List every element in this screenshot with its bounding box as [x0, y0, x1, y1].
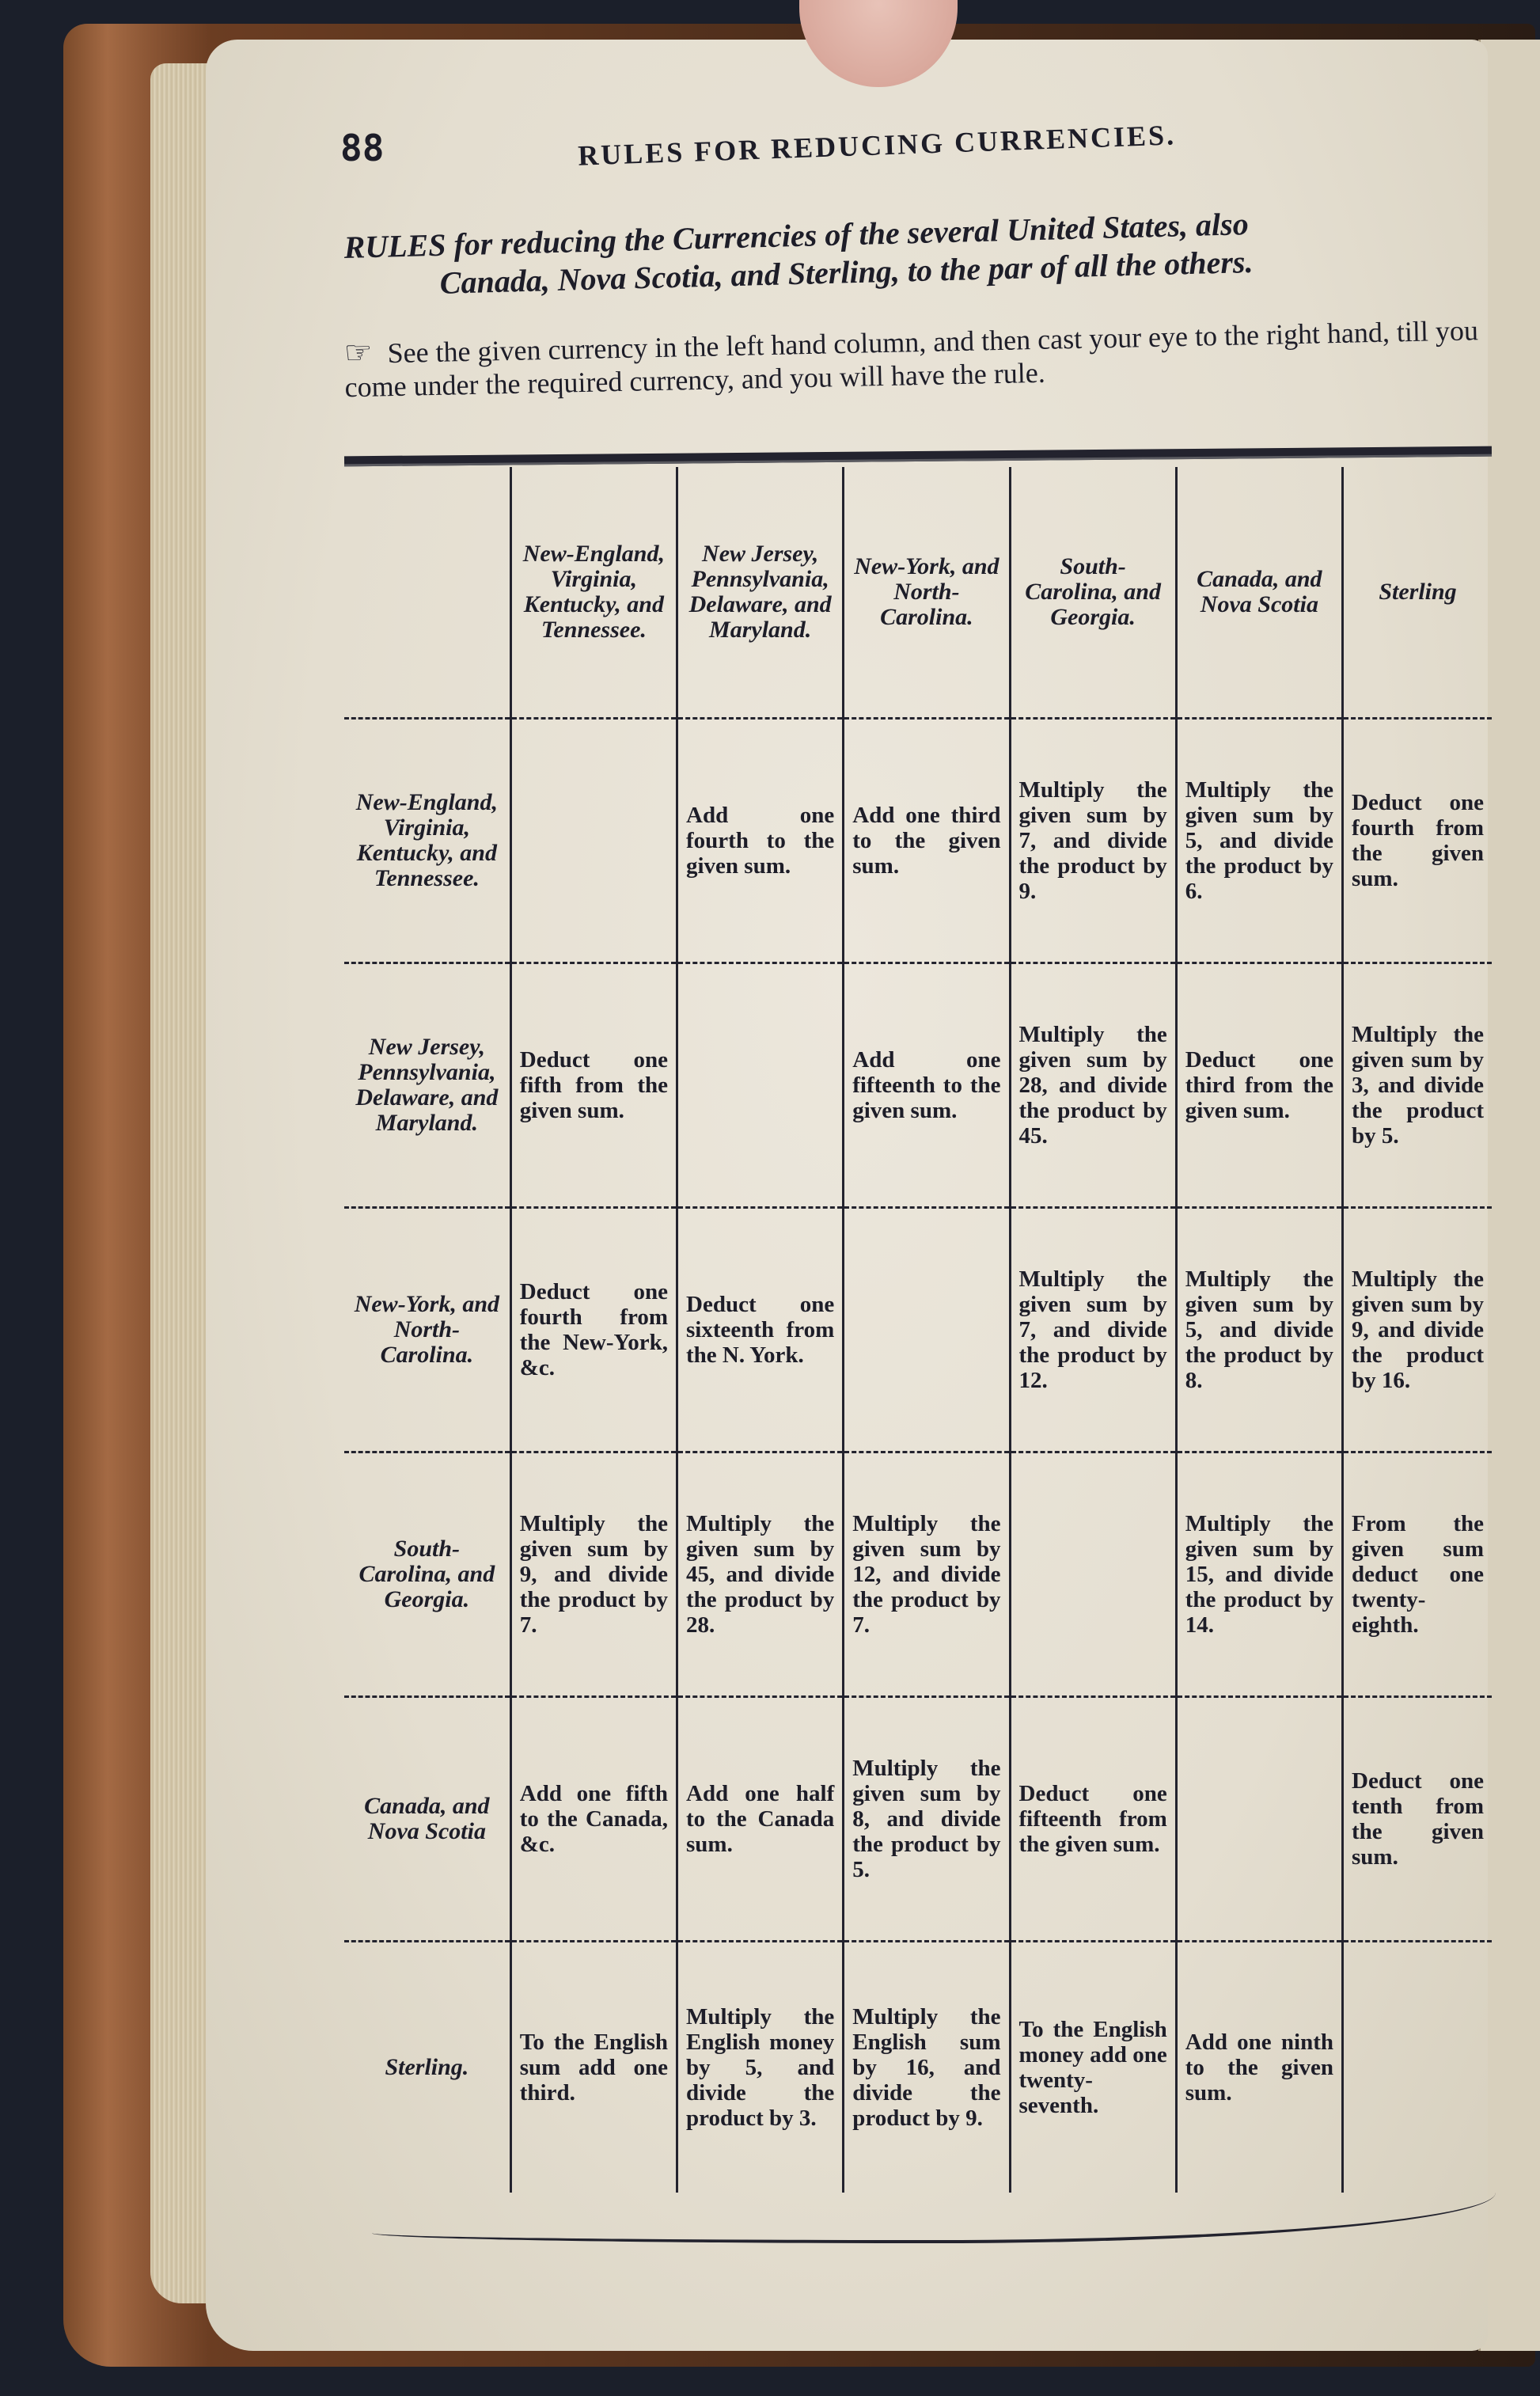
table-cell: [1176, 1697, 1342, 1942]
heavy-rule-divider: [344, 446, 1492, 467]
column-header-blank: [344, 467, 510, 719]
table-cell: Multiply the given sum by 5, and divide …: [1176, 1208, 1342, 1452]
table-cell: Deduct one fifteenth from the given sum.: [1010, 1697, 1176, 1942]
table-cell: Deduct one sixteenth from the N. York.: [677, 1208, 844, 1452]
table-cell: Deduct one fifth from the given sum.: [510, 963, 677, 1208]
row-header: Sterling.: [344, 1942, 510, 2193]
table-cell: Add one fourth to the given sum.: [677, 719, 844, 963]
table-cell: [510, 719, 677, 963]
instruction-text: See the given currency in the left hand …: [344, 314, 1478, 403]
column-header: New-England, Virginia, Kentucky, and Ten…: [510, 467, 677, 719]
column-header: Sterling: [1343, 467, 1493, 719]
row-header: Canada, and Nova Scotia: [344, 1697, 510, 1942]
row-header: New-York, and North-Carolina.: [344, 1208, 510, 1452]
table-cell: To the English sum add one third.: [510, 1942, 677, 2193]
row-header: South-Carolina, and Georgia.: [344, 1452, 510, 1697]
table-cell: [677, 963, 844, 1208]
table-cell: Multiply the given sum by 7, and divide …: [1010, 1208, 1176, 1452]
table-cell: Multiply the given sum by 3, and divide …: [1343, 963, 1493, 1208]
table-cell: Add one fifteenth to the given sum.: [844, 963, 1010, 1208]
table-cell: To the English money add one twenty-seve…: [1010, 1942, 1176, 2193]
pointing-hand-icon: ☞: [343, 336, 373, 370]
table-cell: Multiply the given sum by 28, and divide…: [1010, 963, 1176, 1208]
table-cell: [844, 1208, 1010, 1452]
table-row: Sterling. To the English sum add one thi…: [344, 1942, 1492, 2193]
table-cell: Deduct one tenth from the given sum.: [1343, 1697, 1493, 1942]
table-cell: Deduct one fourth from the New-York, &c.: [510, 1208, 677, 1452]
table-row: New-England, Virginia, Kentucky, and Ten…: [344, 719, 1492, 963]
table-bottom-rule: [372, 2193, 1496, 2243]
table-cell: Add one half to the Canada sum.: [677, 1697, 844, 1942]
table-cell: Add one third to the given sum.: [844, 719, 1010, 963]
column-header: South-Carolina, and Georgia.: [1010, 467, 1176, 719]
table-cell: Multiply the given sum by 5, and divide …: [1176, 719, 1342, 963]
table-cell: Multiply the given sum by 7, and divide …: [1010, 719, 1176, 963]
table-cell: [1010, 1452, 1176, 1697]
table-cell: Multiply the given sum by 45, and divide…: [677, 1452, 844, 1697]
row-header: New Jersey, Pennsylvania, Delaware, and …: [344, 963, 510, 1208]
table-cell: [1343, 1942, 1493, 2193]
table-cell: Multiply the given sum by 9, and divide …: [510, 1452, 677, 1697]
column-header: New Jersey, Pennsylvania, Delaware, and …: [677, 467, 844, 719]
table-cell: Multiply the English money by 5, and div…: [677, 1942, 844, 2193]
table-cell: Deduct one fourth from the given sum.: [1343, 719, 1493, 963]
table-cell: Add one fifth to the Canada, &c.: [510, 1697, 677, 1942]
table-row: New-York, and North-Carolina. Deduct one…: [344, 1208, 1492, 1452]
table-cell: Multiply the given sum by 9, and divide …: [1343, 1208, 1493, 1452]
row-header: New-England, Virginia, Kentucky, and Ten…: [344, 719, 510, 963]
running-head: RULES FOR REDUCING CURRENCIES.: [578, 114, 1291, 172]
table-cell: Multiply the English sum by 16, and divi…: [844, 1942, 1010, 2193]
currency-conversion-table: New-England, Virginia, Kentucky, and Ten…: [344, 467, 1492, 2193]
column-header: Canada, and Nova Scotia: [1176, 467, 1342, 719]
instruction-paragraph: ☞ See the given currency in the left han…: [343, 313, 1500, 404]
book-page: 88 RULES FOR REDUCING CURRENCIES. RULES …: [206, 40, 1488, 2351]
table-cell: From the given sum deduct one twenty-eig…: [1343, 1452, 1493, 1697]
table-row: South-Carolina, and Georgia. Multiply th…: [344, 1452, 1492, 1697]
header-row: New-England, Virginia, Kentucky, and Ten…: [344, 467, 1492, 719]
column-header: New-York, and North-Carolina.: [844, 467, 1010, 719]
table-row: Canada, and Nova Scotia Add one fifth to…: [344, 1697, 1492, 1942]
table-cell: Multiply the given sum by 8, and divide …: [844, 1697, 1010, 1942]
table-row: New Jersey, Pennsylvania, Delaware, and …: [344, 963, 1492, 1208]
table-cell: Multiply the given sum by 12, and divide…: [844, 1452, 1010, 1697]
table-cell: Multiply the given sum by 15, and divide…: [1176, 1452, 1342, 1697]
page-title: RULES for reducing the Currencies of the…: [343, 199, 1493, 305]
table-cell: Deduct one third from the given sum.: [1176, 963, 1342, 1208]
page-number: 88: [340, 127, 384, 169]
table-cell: Add one ninth to the given sum.: [1176, 1942, 1342, 2193]
